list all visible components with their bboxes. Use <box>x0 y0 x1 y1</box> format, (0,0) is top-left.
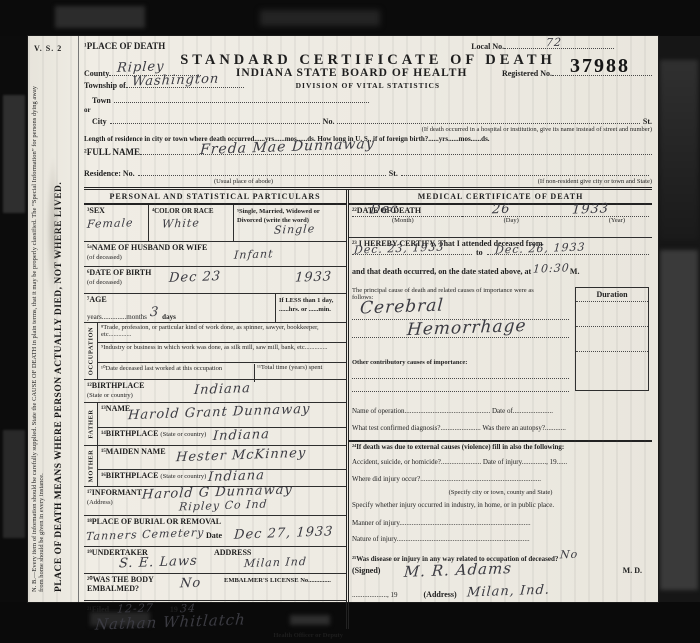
color-value: White <box>162 216 201 230</box>
city-no-label: No. <box>323 117 335 126</box>
dob-label: ⁶DATE OF BIRTH <box>87 268 151 277</box>
personal-section-title: PERSONAL AND STATISTICAL PARTICULARS <box>84 190 346 205</box>
certify-line-2: and that death occurred, on the date sta… <box>352 267 531 276</box>
dod-year-value: 1933 <box>571 201 609 217</box>
abode-note: (Usual place of abode) <box>214 178 273 185</box>
dob-year: 1933 <box>294 269 332 285</box>
full-name-label: ²FULL NAME <box>84 147 140 157</box>
duration-box: Duration <box>575 287 649 391</box>
mother-birthplace-value: Indiana <box>207 468 265 485</box>
sex-label: ³SEX <box>87 206 105 215</box>
to-label: to <box>476 248 483 257</box>
film-smudge-5 <box>660 60 698 240</box>
informant-address-label: (Address) <box>87 499 113 506</box>
dob-sub: (of deceased) <box>87 279 122 286</box>
father-state-note: (State or country) <box>160 431 206 438</box>
faint-received-stamp <box>46 156 60 306</box>
nonresident-note: (If non-resident give city or town and S… <box>538 178 652 185</box>
birthplace-state-note: (State or country) <box>87 392 133 399</box>
father-birthplace-label: ¹⁴BIRTHPLACE <box>101 429 158 438</box>
margin-place-note: PLACE OF DEATH MEANS WHERE PERSON ACTUAL… <box>54 72 64 592</box>
where-injury-note: (Specify city or town, county and State) <box>349 488 652 500</box>
operation-line: Name of operation.......................… <box>349 406 652 423</box>
certificate-form: ¹PLACE OF DEATH Local No. 72 STANDARD CE… <box>79 36 658 602</box>
test-line: What test confirmed diagnosis?..........… <box>349 423 652 442</box>
father-name-label: ¹³NAME <box>101 404 130 413</box>
residence-label: Residence: No. <box>84 169 135 178</box>
undertaker-address-label: ADDRESS <box>214 548 251 557</box>
physician-signature: M. R. Adams <box>403 559 512 581</box>
embalmed-label: ²⁰WAS THE BODY EMBALMED? <box>87 575 177 593</box>
age-less-label: If LESS than 1 day, ......hrs. or ......… <box>279 297 333 313</box>
address-caption: (Address) <box>424 590 457 599</box>
duration-label: Duration <box>576 288 648 301</box>
registered-no-label: Registered No. <box>502 69 552 78</box>
county-label: County <box>84 69 109 78</box>
sex-value: Female <box>87 216 134 231</box>
mother-name-label: ¹⁵MAIDEN NAME <box>101 447 166 456</box>
registered-no-value: 37988 <box>570 59 630 73</box>
township-label: Township of <box>84 81 126 90</box>
where-injury-line: Where did injury occur?.................… <box>349 474 652 488</box>
death-time-value: 10:30 <box>533 261 571 275</box>
scanned-death-certificate: { "margin": { "vs": "V. S. 2", "nb": "N.… <box>0 0 700 643</box>
sign-19-line: ...................., 19 <box>352 591 398 599</box>
local-no-value: 72 <box>546 36 563 50</box>
dob-value: Dec 23 <box>168 269 221 286</box>
occupation-industry-line: ⁹Industry or business in which work was … <box>98 343 346 363</box>
film-smudge-4 <box>3 430 25 538</box>
attended-to-value: Dec. 26, 1933 <box>494 240 585 256</box>
day-caption: (Day) <box>504 217 519 224</box>
father-name-value: Harold Grant Dunnaway <box>128 402 311 423</box>
town-label: Town <box>92 96 111 105</box>
board-title: INDIANA STATE BOARD OF HEALTH <box>201 67 502 79</box>
informant-label: ¹⁷INFORMANT <box>87 488 142 497</box>
film-smudge-2 <box>260 10 380 26</box>
filed-label: ²¹Filed <box>87 605 109 614</box>
place-of-death-label: ¹PLACE OF DEATH <box>84 41 165 51</box>
nature-of-injury-line: Nature of injury........................… <box>349 534 652 550</box>
signed-label: (Signed) <box>352 566 380 575</box>
age-days-label: days <box>162 313 176 321</box>
personal-section: PERSONAL AND STATISTICAL PARTICULARS ³SE… <box>84 190 349 629</box>
month-caption: (Month) <box>392 217 414 224</box>
dod-day-value: 26 <box>491 202 511 218</box>
undertaker-value: S. E. Laws <box>118 554 198 572</box>
health-officer-label: Health Officer or Deputy <box>87 632 343 639</box>
certificate-paper: V. S. 2 N. B.—Every item of information … <box>28 36 658 602</box>
dod-month-value: Dec <box>369 201 398 217</box>
local-no-label: Local No. <box>471 42 504 51</box>
birthplace-label: ¹²BIRTHPLACE <box>87 381 144 390</box>
embalmed-value: No <box>179 576 201 592</box>
health-officer-signature: Nathan Whitlatch <box>94 610 246 633</box>
spouse-value: Infant <box>234 247 274 261</box>
occupation-related-answer: No <box>560 548 579 562</box>
father-vertical-label: FATHER <box>87 409 94 438</box>
physician-address-value: Milan, Ind. <box>466 583 550 601</box>
residence-st-label: St. <box>389 169 398 178</box>
st-label: St. <box>643 117 652 126</box>
age-days-value: 3 <box>149 305 159 320</box>
burial-date-label: Date <box>206 531 222 540</box>
marital-value: Single <box>274 222 316 236</box>
burial-label: ¹⁸PLACE OF BURIAL OR REMOVAL <box>87 517 221 526</box>
external-causes-note: ²⁴If death was due to external causes (v… <box>349 442 652 457</box>
burial-place-value: Tanners Cemetery <box>86 526 205 543</box>
mother-name-value: Hester McKinney <box>176 446 307 466</box>
film-smudge-6 <box>660 250 698 590</box>
undertaker-address-value: Milan Ind <box>244 555 308 570</box>
year-caption: (Year) <box>609 217 625 224</box>
left-margin: V. S. 2 N. B.—Every item of information … <box>28 36 79 602</box>
form-number-label: V. S. 2 <box>34 44 62 53</box>
township-value: Washington <box>131 71 219 89</box>
medical-section: MEDICAL CERTIFICATE OF DEATH ²²DATE OF D… <box>349 190 652 629</box>
father-birthplace-value: Indiana <box>212 427 270 444</box>
age-units-line: years..............months <box>87 313 147 321</box>
occupation-vertical-label: OCCUPATION <box>87 327 94 375</box>
mother-vertical-label: MOTHER <box>87 450 94 483</box>
informant-address-value: Ripley Co Ind <box>179 497 268 513</box>
mother-birthplace-label: ¹⁶BIRTHPLACE <box>101 471 158 480</box>
m-label: M. <box>570 267 580 276</box>
embalmer-license-label: EMBALMER'S LICENSE No.............. <box>224 577 334 584</box>
spouse-label: ⁵ᵃNAME OF HUSBAND OR WIFE <box>87 243 207 252</box>
or-label: or <box>84 106 91 114</box>
film-smudge-3 <box>3 95 25 213</box>
attended-from-value: Dec. 23, 1933 <box>354 240 445 256</box>
city-label: City <box>92 117 107 126</box>
specify-line: Specify whether injury occurred in indus… <box>349 500 652 515</box>
cause-of-death-line2: Hemorrhage <box>406 316 527 340</box>
manner-of-injury-line: Manner of injury........................… <box>349 518 652 534</box>
margin-nb-note: N. B.—Every item of information should b… <box>31 72 45 592</box>
film-smudge-1 <box>55 6 145 28</box>
spouse-sub: (of deceased) <box>87 254 122 261</box>
cause-of-death-line1: Cerebral <box>359 296 444 319</box>
occupation-trade-line: ⁸Trade, profession, or particular kind o… <box>98 323 346 343</box>
md-label: M. D. <box>623 566 642 575</box>
burial-date-value: Dec 27, 1933 <box>234 524 334 543</box>
accident-line: Accident, suicide, or homicide?.........… <box>349 457 652 474</box>
color-label: ⁴COLOR OR RACE <box>152 207 214 215</box>
hospital-note: (If death occurred in a hospital or inst… <box>422 126 652 133</box>
birthplace-value: Indiana <box>193 381 251 398</box>
division-title: DIVISION OF VITAL STATISTICS <box>244 81 492 90</box>
age-label: ⁷AGE <box>87 295 107 304</box>
mother-state-note: (State or country) <box>160 473 206 480</box>
